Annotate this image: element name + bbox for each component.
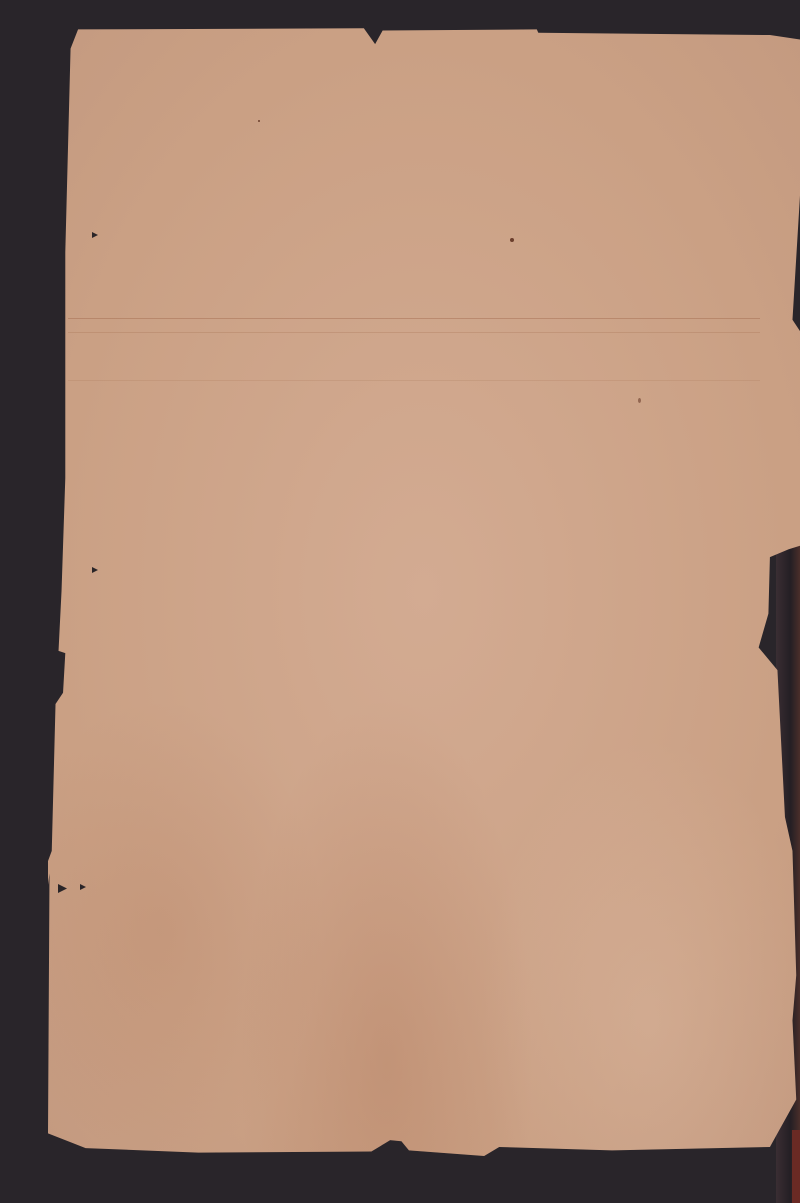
- paper-hole: [92, 232, 98, 238]
- paper-hole: [92, 567, 98, 573]
- paper-hole: [58, 884, 67, 893]
- paper-hole: [80, 884, 86, 890]
- blank-paper-page: [48, 26, 800, 1156]
- binding-red-trim: [792, 1130, 800, 1203]
- page-text: [108, 106, 740, 1076]
